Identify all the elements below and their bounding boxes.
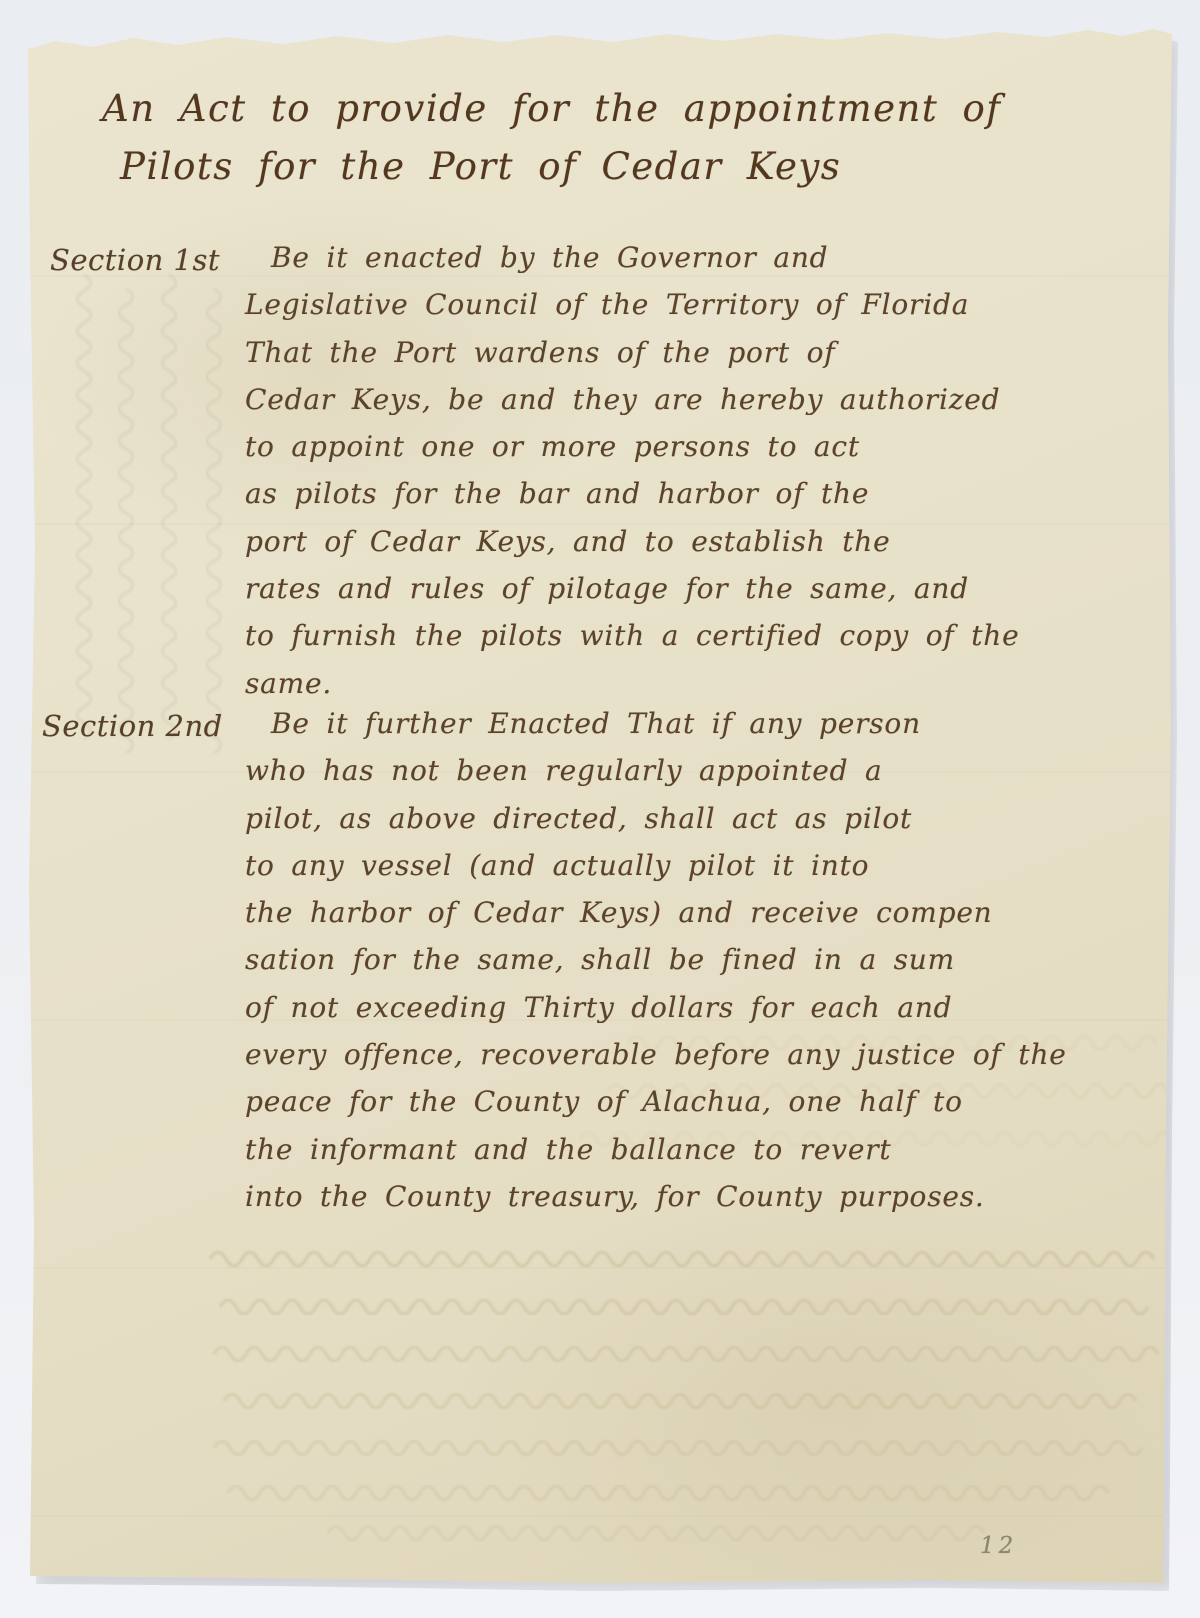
section-2-line: pilot, as above directed, shall act as p… (245, 802, 1067, 849)
section-1-line: to appoint one or more persons to act (245, 430, 1019, 477)
section-1-line: port of Cedar Keys, and to establish the (245, 525, 1019, 572)
section-2-line: every offence, recoverable before any ju… (245, 1038, 1067, 1085)
section-2-line: the harbor of Cedar Keys) and receive co… (245, 896, 1067, 943)
section-1-line: Be it enacted by the Governor and (245, 241, 1019, 288)
manuscript-page: An Act to provide for the appointment of… (28, 27, 1172, 1585)
document-title-line-2: Pilots for the Port of Cedar Keys (120, 145, 841, 188)
section-2-line: Be it further Enacted That if any person (245, 707, 1067, 754)
section-2-label: Section 2nd (42, 709, 223, 743)
section-1-label: Section 1st (50, 243, 220, 277)
section-1-text: Be it enacted by the Governor and Legisl… (245, 241, 1019, 714)
section-1-line: Legislative Council of the Territory of … (245, 288, 1019, 335)
section-2-line: the informant and the ballance to revert (245, 1133, 1067, 1180)
section-1-line: to furnish the pilots with a certified c… (245, 619, 1019, 666)
section-1-line: rates and rules of pilotage for the same… (245, 572, 1019, 619)
section-2-line: who has not been regularly appointed a (245, 754, 1067, 801)
section-1-line: That the Port wardens of the port of (245, 336, 1019, 383)
section-2-line: into the County treasury, for County pur… (245, 1180, 1067, 1227)
document-title-line-1: An Act to provide for the appointment of (102, 87, 1001, 130)
section-2-line: sation for the same, shall be fined in a… (245, 943, 1067, 990)
section-1-line: as pilots for the bar and harbor of the (245, 477, 1019, 524)
section-2-text: Be it further Enacted That if any person… (245, 707, 1067, 1227)
page-number: 12 (980, 1533, 1017, 1559)
section-2-line: of not exceeding Thirty dollars for each… (245, 991, 1067, 1038)
section-2-line: peace for the County of Alachua, one hal… (245, 1085, 1067, 1132)
section-1-line: Cedar Keys, be and they are hereby autho… (245, 383, 1019, 430)
section-2-line: to any vessel (and actually pilot it int… (245, 849, 1067, 896)
photo-background: An Act to provide for the appointment of… (0, 0, 1200, 1618)
